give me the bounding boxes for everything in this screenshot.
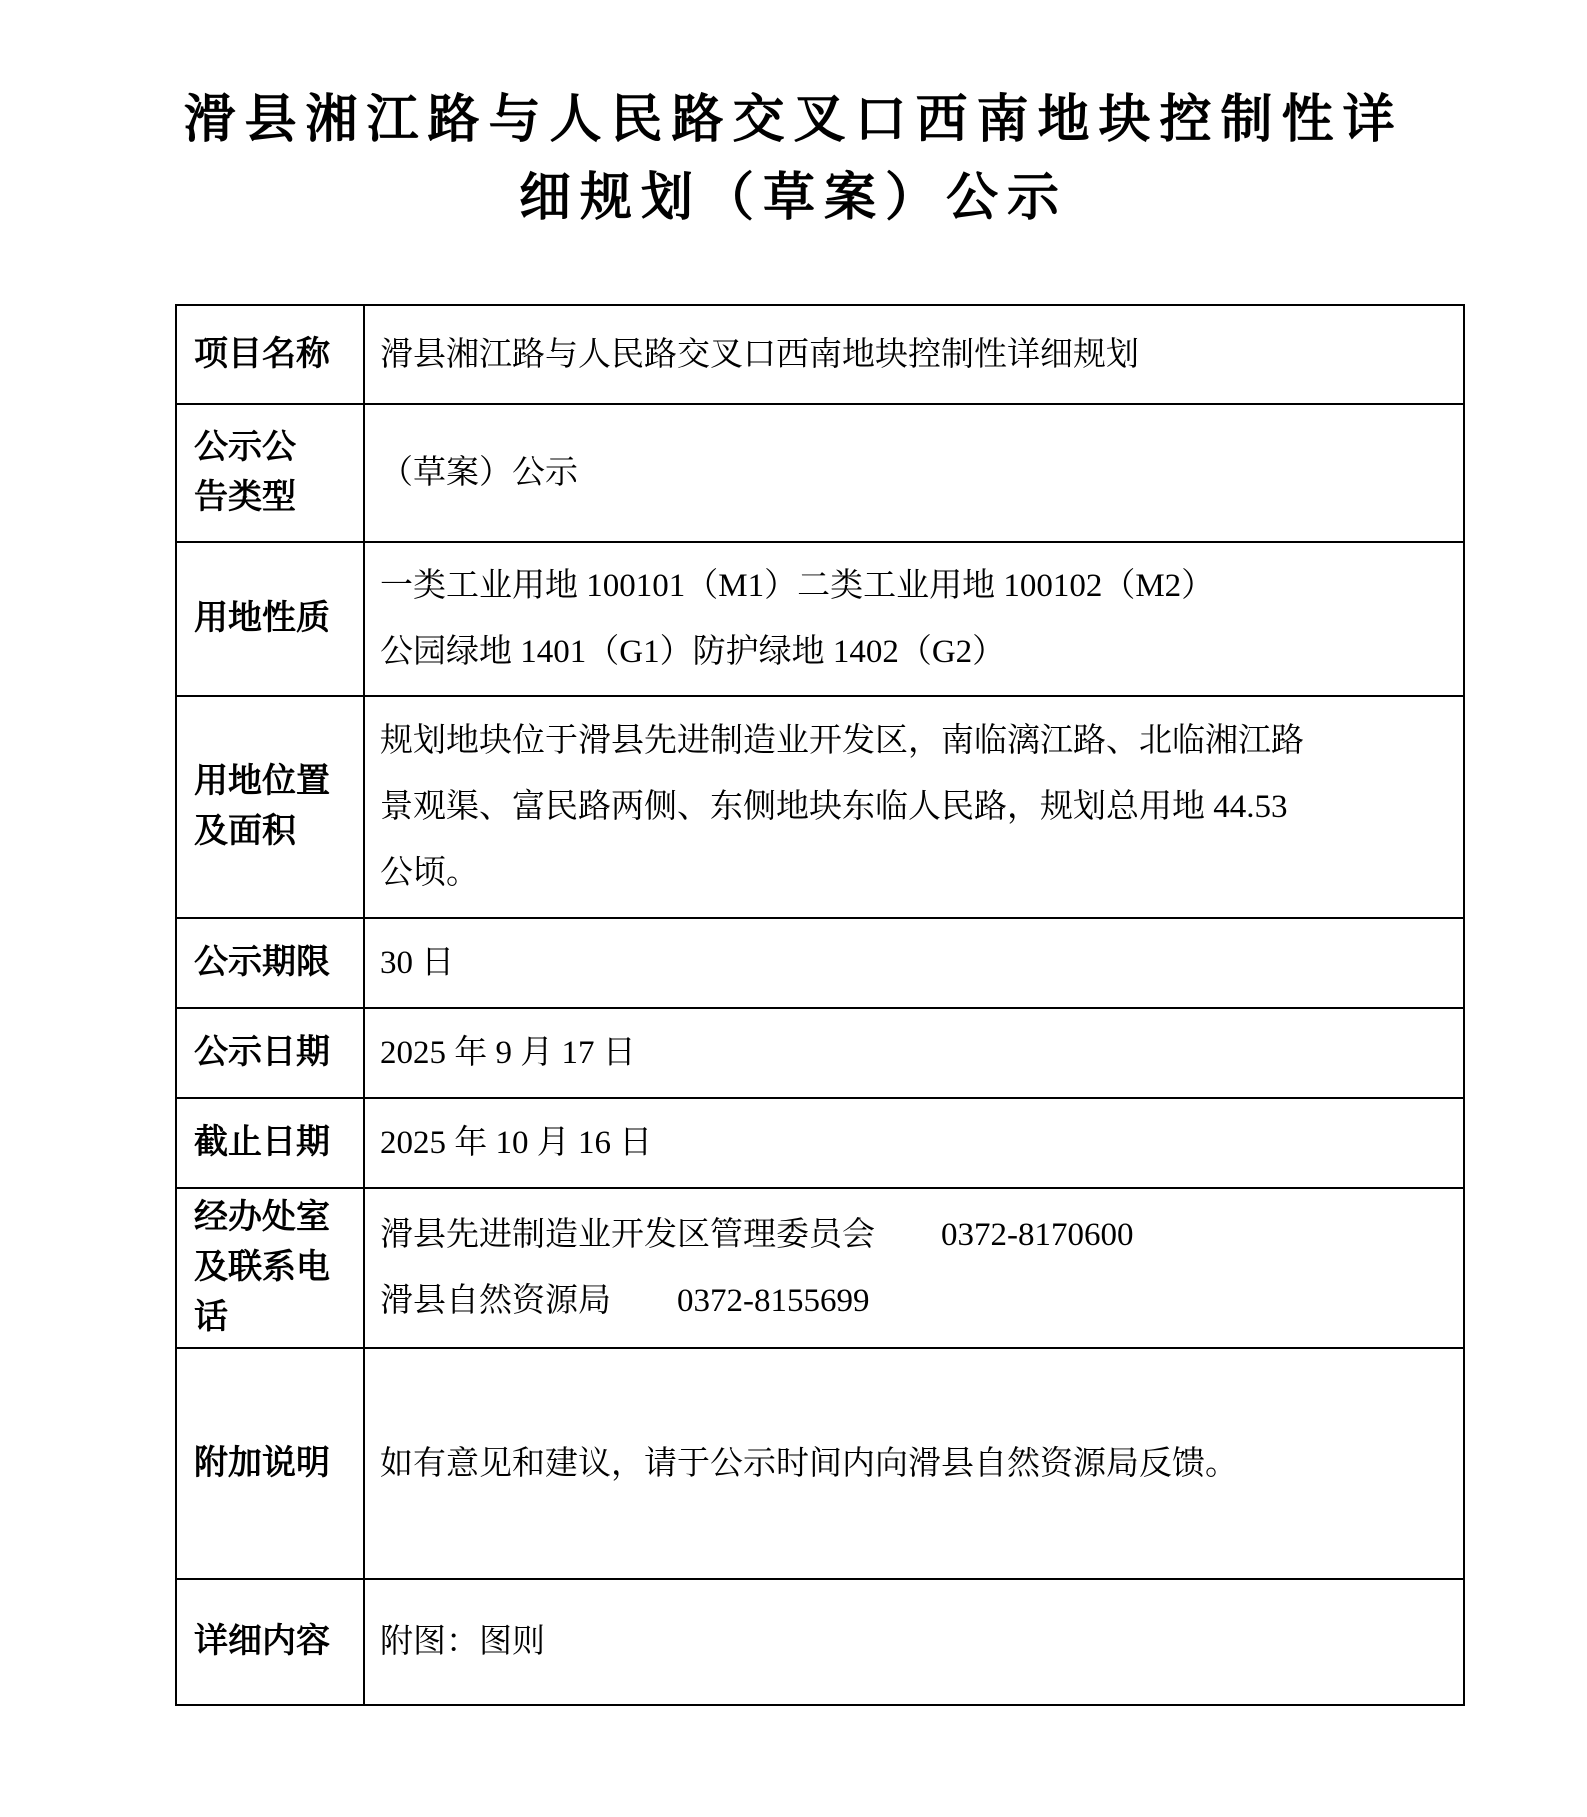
table-row-notice-date: 公示日期 2025 年 9 月 17 日 <box>176 1008 1464 1098</box>
row-label: 项目名称 <box>176 305 364 404</box>
row-value: 附图：图则 <box>364 1579 1464 1705</box>
row-value: 一类工业用地 100101（M1）二类工业用地 100102（M2） 公园绿地 … <box>364 542 1464 696</box>
table-row-location-area: 用地位置 及面积 规划地块位于滑县先进制造业开发区，南临漓江路、北临湘江路 景观… <box>176 696 1464 918</box>
page-title: 滑县湘江路与人民路交叉口西南地块控制性详 细规划（草案）公示 <box>124 0 1464 238</box>
row-value: 2025 年 10 月 16 日 <box>364 1098 1464 1188</box>
table-row-notice-period: 公示期限 30 日 <box>176 918 1464 1008</box>
row-value: 如有意见和建议，请于公示时间内向滑县自然资源局反馈。 <box>364 1348 1464 1579</box>
row-value: （草案）公示 <box>364 404 1464 542</box>
table-row-notice-type: 公示公 告类型 （草案）公示 <box>176 404 1464 542</box>
row-label: 用地性质 <box>176 542 364 696</box>
table-row-contact: 经办处室 及联系电 话 滑县先进制造业开发区管理委员会 0372-8170600… <box>176 1188 1464 1348</box>
row-value: 规划地块位于滑县先进制造业开发区，南临漓江路、北临湘江路 景观渠、富民路两侧、东… <box>364 696 1464 918</box>
table-row-project-name: 项目名称 滑县湘江路与人民路交叉口西南地块控制性详细规划 <box>176 305 1464 404</box>
row-value: 30 日 <box>364 918 1464 1008</box>
row-label: 经办处室 及联系电 话 <box>176 1188 364 1348</box>
row-label: 详细内容 <box>176 1579 364 1705</box>
row-value: 滑县湘江路与人民路交叉口西南地块控制性详细规划 <box>364 305 1464 404</box>
notice-table: 项目名称 滑县湘江路与人民路交叉口西南地块控制性详细规划 公示公 告类型 （草案… <box>175 304 1465 1706</box>
row-label: 公示期限 <box>176 918 364 1008</box>
table-row-end-date: 截止日期 2025 年 10 月 16 日 <box>176 1098 1464 1188</box>
table-row-detail-content: 详细内容 附图：图则 <box>176 1579 1464 1705</box>
row-label: 附加说明 <box>176 1348 364 1579</box>
row-label: 公示日期 <box>176 1008 364 1098</box>
row-value: 2025 年 9 月 17 日 <box>364 1008 1464 1098</box>
table-row-additional-notes: 附加说明 如有意见和建议，请于公示时间内向滑县自然资源局反馈。 <box>176 1348 1464 1579</box>
row-label: 用地位置 及面积 <box>176 696 364 918</box>
row-value: 滑县先进制造业开发区管理委员会 0372-8170600 滑县自然资源局 037… <box>364 1188 1464 1348</box>
row-label: 截止日期 <box>176 1098 364 1188</box>
row-label: 公示公 告类型 <box>176 404 364 542</box>
table-row-land-use-nature: 用地性质 一类工业用地 100101（M1）二类工业用地 100102（M2） … <box>176 542 1464 696</box>
